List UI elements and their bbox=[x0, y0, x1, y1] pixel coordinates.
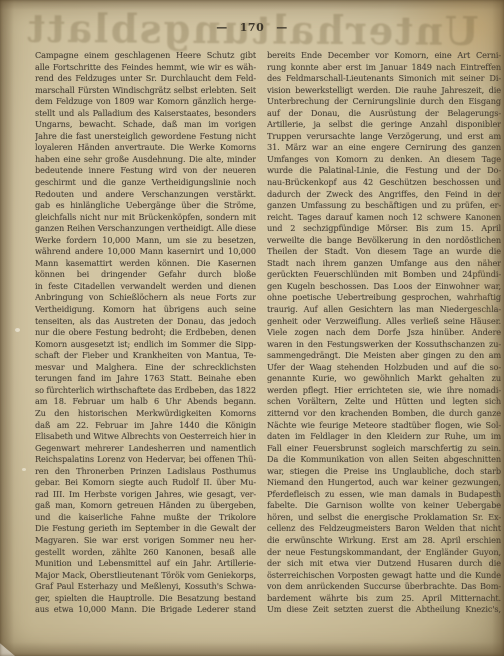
text-line: werden pflegt. Hier errichteten sie, wie… bbox=[267, 385, 501, 397]
text-line: der sich mit etwa vier Dutzend Husaren d… bbox=[267, 558, 501, 570]
text-line: ganzen Umfassung zu beschäftigen und zu … bbox=[267, 200, 501, 212]
text-line: Anbringung von Schießlöchern als neue Fo… bbox=[35, 292, 256, 304]
text-line: mesvar und Malghera. Eine der schrecklic… bbox=[35, 362, 256, 374]
text-line: bereits Ende December vor Komorn, eine A… bbox=[267, 50, 501, 62]
text-line: Umfanges von Komorn zu denken. An diesem… bbox=[267, 154, 501, 166]
text-line: daten im Feldlager in den Kleidern zur R… bbox=[267, 431, 501, 443]
text-line: österreichischen Vorposten gewagt hatte … bbox=[267, 570, 501, 582]
text-line: 31. März war an eine engere Cernirung de… bbox=[267, 142, 501, 154]
text-line: gestellt worden, zählte 260 Kanonen, bes… bbox=[35, 547, 256, 559]
text-line: während andere 10,000 Mann kasernirt und… bbox=[35, 246, 256, 258]
text-line: fabelte. Die Garnison wollte von keiner … bbox=[267, 500, 501, 512]
header-dash-left: — bbox=[216, 21, 228, 34]
text-column-left: Campagne einem geschlagenen Heere Schutz… bbox=[35, 50, 256, 616]
text-line: Komorn ausgesetzt ist; endlich im Sommer… bbox=[35, 339, 256, 351]
text-line: die erwünschte Wirkung. Erst am 28. Apri… bbox=[267, 535, 501, 547]
text-line: reicht. Tages darauf kamen noch 12 schwe… bbox=[267, 212, 501, 224]
text-line: Zu den historischen Merkwürdigkeiten Kom… bbox=[35, 408, 256, 420]
text-line: Artillerie, ja selbst die geringe Anzahl… bbox=[267, 119, 501, 131]
text-line: gen Kugeln beschossen. Das Loos der Einw… bbox=[267, 281, 501, 293]
text-line: Major Mack, Oberstlieutenant Török vom G… bbox=[35, 570, 256, 582]
paper-speck bbox=[22, 468, 26, 471]
text-line: vision bewerkstelligt werden. Die rauhe … bbox=[267, 85, 501, 97]
text-line: Ungarns, bewacht. Schade, daß man im vor… bbox=[35, 119, 256, 131]
text-line: ren den Thronerben Prinzen Ladislaus Pos… bbox=[35, 466, 256, 478]
text-line: Munition und Lebensmittel auf ein Jahr. … bbox=[35, 558, 256, 570]
text-line: Theilen der Stadt. Von diesem Tage an wu… bbox=[267, 246, 501, 258]
text-line: so fürchterlich wirthschaftete das Erdbe… bbox=[35, 385, 256, 397]
text-line: Campagne einem geschlagenen Heere Schutz… bbox=[35, 50, 256, 62]
text-line: alle Fortschritte des Feindes hemmt, wie… bbox=[35, 62, 256, 74]
text-line: war, stiegen die Preise ins Unglaubliche… bbox=[267, 466, 501, 478]
text-line: rend des Feldzuges unter Sr. Durchlaucht… bbox=[35, 73, 256, 85]
text-line: Gegenwart mehrerer Landesherren und name… bbox=[35, 443, 256, 455]
text-line: genannte Kurie, wo gewöhnlich Markt geha… bbox=[267, 373, 501, 385]
text-line: nur die obere Festung bedroht; die Erdbe… bbox=[35, 327, 256, 339]
text-line: nau-Brückenkopf aus 42 Geschützen bescho… bbox=[267, 177, 501, 189]
header-dash-right: — bbox=[276, 21, 288, 34]
text-line: Vertheidigung. Komorn hat übrigens auch … bbox=[35, 304, 256, 316]
text-line: Da die Kommunikation von allen Seiten ab… bbox=[267, 454, 501, 466]
text-line: Graf Paul Esterhazy und Meßlenyi, Kossut… bbox=[35, 581, 256, 593]
text-line: gleichfalls nicht nur mit Brückenköpfen,… bbox=[35, 212, 256, 224]
page-number: 170 bbox=[240, 21, 264, 34]
paper-speck bbox=[15, 328, 20, 332]
text-block: Campagne einem geschlagenen Heere Schutz… bbox=[35, 50, 501, 616]
text-line: auf der Donau, die Ausrüstung der Belage… bbox=[267, 108, 501, 120]
text-line: marschall Fürsten Windischgrätz selbst e… bbox=[35, 85, 256, 97]
text-line: Unterbrechung der Cernirungslinie durch … bbox=[267, 96, 501, 108]
text-line: ganzen Reihen Verschanzungen vertheidigt… bbox=[35, 223, 256, 235]
text-line: terungen fand im Jahre 1763 Statt. Beina… bbox=[35, 373, 256, 385]
text-line: bedeutende innere Festung wird von der n… bbox=[35, 165, 256, 177]
text-line: Um diese Zeit setzten zuerst die Abtheil… bbox=[267, 604, 501, 616]
text-line: Niemand den Hungertod, auch war keiner g… bbox=[267, 477, 501, 489]
text-line: Mann kasemattirt werden können. Die Kase… bbox=[35, 258, 256, 270]
text-line: Stadt nach ihrem ganzen Umfange aus den … bbox=[267, 258, 501, 270]
text-line: gebar. Bei Komorn siegte auch Rudolf II.… bbox=[35, 477, 256, 489]
text-line: dadurch der Zweck des Angriffes, den Fei… bbox=[267, 189, 501, 201]
text-line: haben eine sehr große Ausdehnung. Die al… bbox=[35, 154, 256, 166]
text-line: ohne poetische Uebertreibung gesprochen,… bbox=[267, 292, 501, 304]
text-line: cellenz des Feldzeugmeisters Baron Welde… bbox=[267, 523, 501, 535]
text-line: Die Festung gerieth im September in die … bbox=[35, 523, 256, 535]
text-line: geschirmt und die ganze Vertheidigungsli… bbox=[35, 177, 256, 189]
text-line: wurde die Palatinal-Linie, die Festung u… bbox=[267, 165, 501, 177]
text-line: schaft der Fieber und Krankheiten von Ma… bbox=[35, 350, 256, 362]
text-line: der neue Festungskommandant, der Engländ… bbox=[267, 547, 501, 559]
text-column-right: bereits Ende December vor Komorn, eine A… bbox=[267, 50, 501, 616]
text-line: am 18. Februar um halb 6 Uhr Abends bega… bbox=[35, 396, 256, 408]
text-line: traurig. Auf allen Gesichtern las man Ni… bbox=[267, 304, 501, 316]
text-line: Redouten und andere Verschanzungen verst… bbox=[35, 189, 256, 201]
page-header: —170— bbox=[0, 21, 504, 34]
text-line: hören, und selbst die energische Proklam… bbox=[267, 512, 501, 524]
text-line: Fall einer Feuersbrunst sogleich marschf… bbox=[267, 443, 501, 455]
text-line: sammengedrängt. Die Meisten aber gingen … bbox=[267, 350, 501, 362]
text-line: waren in den Festungswerken der Kossuths… bbox=[267, 339, 501, 351]
page-corner-fold bbox=[0, 639, 15, 656]
text-line: ger, spielten die Hauptrolle. Die Besatz… bbox=[35, 593, 256, 605]
text-line: Pferdefleisch zu essen, wie man damals i… bbox=[267, 489, 501, 501]
text-line: loyaleren Händen anvertraute. Die Werke … bbox=[35, 142, 256, 154]
text-line: Werke fordern 10,000 Mann, um sie zu bes… bbox=[35, 235, 256, 247]
text-line: in feste Citadellen verwandelt werden un… bbox=[35, 281, 256, 293]
text-line: rung konnte aber erst im Januar 1849 nac… bbox=[267, 62, 501, 74]
text-line: dem Feldzuge von 1809 war Komorn gänzlic… bbox=[35, 96, 256, 108]
text-line: schen Vorältern, Zelte und Hütten und le… bbox=[267, 396, 501, 408]
text-line: Ufer der Waag stehenden Holzbuden und au… bbox=[267, 362, 501, 374]
page: Unterhaltungsblatt —170— Campagne einem … bbox=[0, 0, 504, 656]
text-line: genheit oder Verzweiflung. Alles verließ… bbox=[267, 316, 501, 328]
text-line: rad III. Im Herbste vorigen Jahres, wie … bbox=[35, 489, 256, 501]
text-line: aus etwa 10,000 Mann. Die Brigade Ledere… bbox=[35, 604, 256, 616]
text-line: tenseiten, als das Austreten der Donau, … bbox=[35, 316, 256, 328]
text-line: von dem anrückenden Succurse überbrachte… bbox=[267, 581, 501, 593]
text-line: Viele zogen nach dem Dorfe Jsza hinüber.… bbox=[267, 327, 501, 339]
text-line: gaß man, Komorn getreuen Händen zu überg… bbox=[35, 500, 256, 512]
text-line: Reichspalatins Lorenz von Hedervar, bei … bbox=[35, 454, 256, 466]
text-line: bardement währte bis zum 25. April Mitte… bbox=[267, 593, 501, 605]
text-line: daß am 22. Februar im Jahre 1440 die Kön… bbox=[35, 420, 256, 432]
text-line: stellt und als Palladium des Kaiserstaat… bbox=[35, 108, 256, 120]
text-line: Nächte wie feurige Meteore stadtüber flo… bbox=[267, 420, 501, 432]
text-line: können bei dringender Gefahr durch bloße… bbox=[35, 269, 256, 281]
text-line: und die kaiserliche Fahne mußte der Trik… bbox=[35, 512, 256, 524]
text-line: Jahre die fast unersteiglich gewordene F… bbox=[35, 131, 256, 143]
text-line: und 2 sechzigpfündige Mörser. Bis zum 15… bbox=[267, 223, 501, 235]
text-line: zitternd vor den krachenden Bomben, die … bbox=[267, 408, 501, 420]
text-line: Truppen verursachte lange Verzögerung, u… bbox=[267, 131, 501, 143]
text-line: verweilte die bange Bevölkerung in den n… bbox=[267, 235, 501, 247]
text-line: Magyaren. Sie war erst vorigen Sommer ne… bbox=[35, 535, 256, 547]
text-line: des Feldmarschall-Lieutenants Simonich m… bbox=[267, 73, 501, 85]
text-line: gab es hinlängliche Uebergänge über die … bbox=[35, 200, 256, 212]
text-line: Elisabeth und Witwe Albrechts von Oester… bbox=[35, 431, 256, 443]
text-line: gerückten Feuerschlünden mit Bomben und … bbox=[267, 269, 501, 281]
